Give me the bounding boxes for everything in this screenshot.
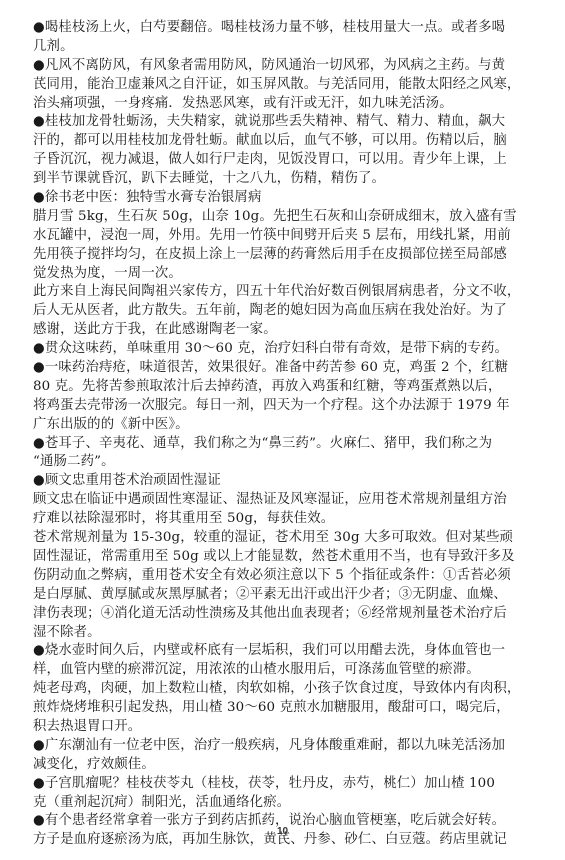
- text-line: ●烧水壶时间久后，内壁或杯底有一层垢积，我们可以用醋去洗，身体血管也一: [33, 642, 473, 661]
- text-line: 治头痛项强，一身疼痛．发热恶风寒，或有汗或无汗，如九味羌活汤。: [33, 95, 473, 114]
- paragraph-hawthorn-food: 炖老母鸡，肉硬，加上数粒山楂，肉软如棉，小孩子饮食过度，导致体内有肉积， 煎炸烧…: [33, 680, 473, 737]
- text-line: 煎炸烧烤堆积引起发热，用山楂 30～60 克煎水加糖服用，酸甜可口，喝完后，: [33, 699, 473, 718]
- text-line: ●顾文忠重用苍术治顽固性湿证: [33, 472, 473, 491]
- text-line: 此方来自上海民间陶祖兴家传方，四五十年代治好数百例银屑病患者，分文不收，: [33, 283, 473, 302]
- text-line: ●子宫肌瘤呢？桂枝茯苓丸（桂枝，茯苓，牡丹皮，赤芍，桃仁）加山楂 100: [33, 775, 473, 794]
- paragraph-xueshui-gao-origin: 此方来自上海民间陶祖兴家传方，四五十年代治好数百例银屑病患者，分文不收， 后人无…: [33, 283, 473, 340]
- text-line: “通肠二药”。: [33, 453, 473, 472]
- text-line: 湿不除者。: [33, 624, 473, 643]
- paragraph-xueshui-gao-recipe: 腊月雪 5kg，生石灰 50g，山奈 10g。先把生石灰和山奈研成细末，放入盛有…: [33, 208, 473, 284]
- text-line: 是白厚腻、黄厚腻或灰黑厚腻者；②平素无出汗或出汗少者；③无阴虚、血燥、: [33, 586, 473, 605]
- text-line: 顾文忠在临证中遇顽固性寒湿证、湿热证及风寒湿证，应用苍术常规剂量组方治: [33, 491, 473, 510]
- text-line: 苍术常规剂量为 15-30g，较重的湿证，苍术用至 30g 大多可取效。但对某些…: [33, 529, 473, 548]
- paragraph-uterine-fibroids: ●子宫肌瘤呢？桂枝茯苓丸（桂枝，茯苓，牡丹皮，赤芍，桃仁）加山楂 100 克（重…: [33, 775, 473, 813]
- text-line: 几剂。: [33, 38, 473, 57]
- text-line: 减变化，疗效颇佳。: [33, 756, 473, 775]
- text-line: 腊月雪 5kg，生石灰 50g，山奈 10g。先把生石灰和山奈研成细末，放入盛有…: [33, 208, 473, 227]
- text-line: 水瓦罐中，浸泡一周，外用。先用一竹筷中间劈开后夹 5 层布，用线扎紧，用前: [33, 227, 473, 246]
- paragraph-hawthorn-vessels: ●烧水壶时间久后，内壁或杯底有一层垢积，我们可以用醋去洗，身体血管也一 样，血管…: [33, 642, 473, 680]
- text-line: 样，血管内壁的瘀滞沉淀，用浓浓的山楂水服用后，可涤荡血管壁的瘀滞。: [33, 661, 473, 680]
- text-line: 疗难以祛除湿邪时，将其重用至 50g，每获佳效。: [33, 510, 473, 529]
- text-line: 炖老母鸡，肉硬，加上数粒山楂，肉软如棉，小孩子饮食过度，导致体内有肉积，: [33, 680, 473, 699]
- text-line: ●一味药治痔疮，味道很苦，效果很好。准备中药苦参 60 克，鸡蛋 2 个，红糖: [33, 359, 473, 378]
- paragraph-longgu-muli: ●桂枝加龙骨牡蛎汤，夫失精家，就说那些丢失精神、精气、精力、精血，飙大 汗的，都…: [33, 113, 473, 189]
- text-line: 汗的，都可以用桂枝加龙骨牡蛎。献血以后，血气不够，可以用。伤精以后，脑: [33, 132, 473, 151]
- text-line: ●桂枝加龙骨牡蛎汤，夫失精家，就说那些丢失精神、精气、精力、精血，飙大: [33, 113, 473, 132]
- paragraph-cangzhu-dosage: 苍术常规剂量为 15-30g，较重的湿证，苍术用至 30g 大多可取效。但对某些…: [33, 529, 473, 642]
- document-page: ●喝桂枝汤上火，白芍要翻倍。喝桂枝汤力量不够，桂枝用量大一点。或者多喝 几剂。 …: [33, 19, 473, 850]
- text-line: ●广东潮汕有一位老中医，治疗一般疾病，凡身体酸重难耐，都以九味羌活汤加: [33, 737, 473, 756]
- text-line: ●喝桂枝汤上火，白芍要翻倍。喝桂枝汤力量不够，桂枝用量大一点。或者多喝: [33, 19, 473, 38]
- text-line: 感谢，送此方于我，在此感谢陶老一家。: [33, 321, 473, 340]
- text-line: 广东出版的的《新中医》。: [33, 416, 473, 435]
- text-line: 子昏沉沉，视力减退，做人如行尸走肉，见饭没胃口，可以用。青少年上课，上: [33, 151, 473, 170]
- text-line: ●贯众这味药，单味重用 30～60 克，治疗妇科白带有奇效，是带下病的专药。: [33, 340, 473, 359]
- text-line: 觉发热为度，一周一次。: [33, 265, 473, 284]
- paragraph-bi-san-yao: ●苍耳子、辛夷花、通草，我们称之为“鼻三药”。火麻仁、猪甲，我们称之为 “通肠二…: [33, 435, 473, 473]
- text-line: 到半节课就昏沉，趴下去睡觉，十之八九，伤精，精伤了。: [33, 170, 473, 189]
- paragraph-guizhi-tang-heat: ●喝桂枝汤上火，白芍要翻倍。喝桂枝汤力量不够，桂枝用量大一点。或者多喝 几剂。: [33, 19, 473, 57]
- paragraph-guanzhong: ●贯众这味药，单味重用 30～60 克，治疗妇科白带有奇效，是带下病的专药。: [33, 340, 473, 359]
- text-line: 积去热退胃口开。: [33, 718, 473, 737]
- paragraph-chaoshan-doctor: ●广东潮汕有一位老中医，治疗一般疾病，凡身体酸重难耐，都以九味羌活汤加 减变化，…: [33, 737, 473, 775]
- text-line: 固性湿证，常需重用至 50g 或以上才能显数，然苍术重用不当，也有导致汗多及: [33, 548, 473, 567]
- text-line: 先用筷子搅拌均匀，在皮损上涂上一层薄的药膏然后用手在皮损部位搓至局部感: [33, 246, 473, 265]
- text-line: ●徐书老中医：独特雪水膏专治银屑病: [33, 189, 473, 208]
- paragraph-kushen-hemorrhoids: ●一味药治痔疮，味道很苦，效果很好。准备中药苦参 60 克，鸡蛋 2 个，红糖 …: [33, 359, 473, 435]
- text-line: 芪同用，能治卫虚兼风之自汗证，如玉屏风散。与羌活同用，能散太阳经之风寒，: [33, 76, 473, 95]
- text-line: 后人无从医者，此方散失。五年前，陶老的媳妇因为高血压病在我处治好。为了: [33, 302, 473, 321]
- text-line: 津伤表现；④消化道无活动性溃疡及其他出血表现者；⑥经常规剂量苍术治疗后: [33, 605, 473, 624]
- paragraph-cangzhu-intro: 顾文忠在临证中遇顽固性寒湿证、湿热证及风寒湿证，应用苍术常规剂量组方治 疗难以祛…: [33, 491, 473, 529]
- text-line: ●苍耳子、辛夷花、通草，我们称之为“鼻三药”。火麻仁、猪甲，我们称之为: [33, 435, 473, 454]
- text-line: 伤阴动血之弊病，重用苍术安全有效必须注意以下 5 个指征或条件：①舌苔必须: [33, 567, 473, 586]
- paragraph-fangfeng: ●凡风不离防风，有风象者需用防风，防风通治一切风邪，为风病之主药。与黄 芪同用，…: [33, 57, 473, 114]
- section-heading-xueshui-gao: ●徐书老中医：独特雪水膏专治银屑病: [33, 189, 473, 208]
- text-line: 80 克。先将苦参煎取浓汁后去掉药渣，再放入鸡蛋和红糖，等鸡蛋煮熟以后，: [33, 378, 473, 397]
- page-number: 10: [0, 826, 565, 837]
- text-line: ●凡风不离防风，有风象者需用防风，防风通治一切风邪，为风病之主药。与黄: [33, 57, 473, 76]
- text-line: 克（重剂起沉疴）制阳光，活血通络化瘀。: [33, 794, 473, 813]
- text-line: 将鸡蛋去壳带汤一次服完。每日一剂，四天为一个疗程。这个办法源于 1979 年: [33, 397, 473, 416]
- section-heading-cangzhu: ●顾文忠重用苍术治顽固性湿证: [33, 472, 473, 491]
